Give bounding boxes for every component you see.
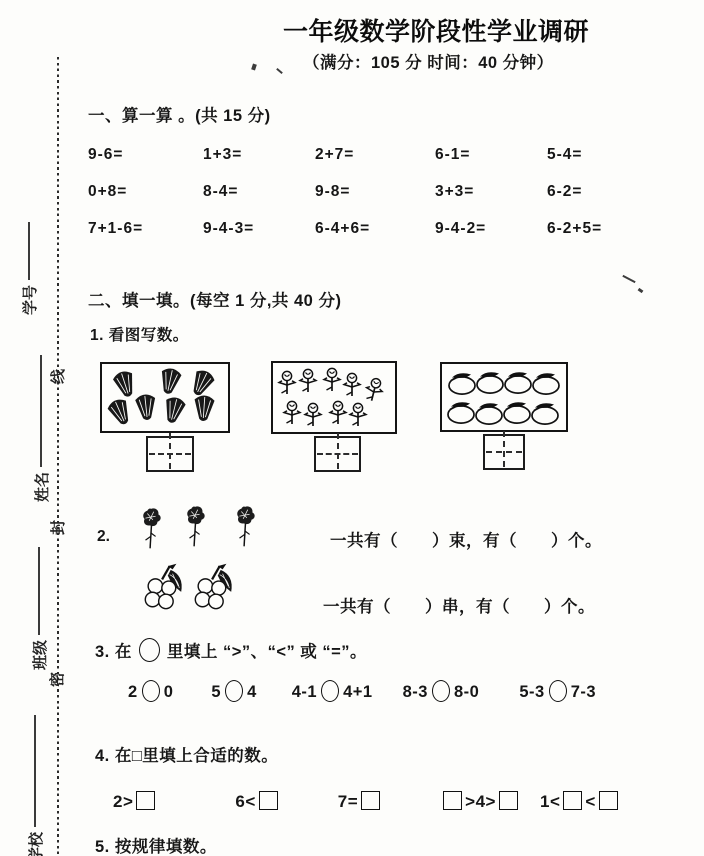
- bouquet-icon: [143, 508, 160, 548]
- blank-line: [38, 547, 40, 635]
- apple-icon: [477, 372, 503, 393]
- flower-icon: [330, 401, 346, 424]
- exam-info: （满分：105 分 时间：40 分钟）: [303, 49, 554, 73]
- fill-box-item: 7=: [338, 791, 383, 812]
- flower-icon: [350, 403, 366, 426]
- page-title: 一年级数学阶段性学业调研: [283, 12, 589, 48]
- fill-box-item: 6<: [235, 791, 280, 812]
- blank-line: [40, 355, 42, 467]
- compare-item: 54: [211, 680, 256, 702]
- flower-icon: [300, 369, 316, 392]
- shuttlecock-icon: [193, 395, 215, 422]
- calc-item: 9-4-3=: [203, 220, 315, 238]
- calc-item: 9-4-2=: [435, 220, 547, 238]
- flower-icon: [324, 368, 340, 391]
- exam-paper-scan: 学号 姓名 班级 学校 线 封 密 一年级数学阶段性学业调研 （满分：105 分…: [0, 0, 704, 856]
- shuttlecock-icon: [161, 395, 187, 425]
- apple-icon: [505, 372, 531, 393]
- flower-icon: [305, 403, 321, 426]
- field-name: 姓名: [30, 355, 52, 502]
- compare-item: 8-38-0: [403, 680, 480, 702]
- calc-item: 6-2=: [547, 183, 654, 201]
- answer-circle: [549, 680, 567, 702]
- scan-artifact: [638, 288, 644, 293]
- blank-line: [28, 222, 30, 280]
- scan-artifact: [276, 68, 283, 74]
- q4-items: 2> 6< 7= >4> 1<<: [113, 791, 621, 812]
- field-label: 姓名: [31, 472, 52, 502]
- fill-box-item: >4>: [440, 791, 521, 812]
- calc-grid: 9-6= 1+3= 2+7= 6-1= 5-4= 0+8= 8-4= 9-8= …: [88, 146, 654, 238]
- apple-icon: [533, 373, 559, 394]
- grapes-icon: [195, 564, 231, 609]
- picture-box-apples: [440, 362, 568, 432]
- field-label: 学号: [19, 285, 40, 315]
- field-label: 班级: [29, 640, 50, 670]
- picture-box-shuttlecocks: [100, 362, 230, 433]
- shuttlecock-icon: [158, 367, 183, 396]
- calc-item: 6-2+5=: [547, 220, 654, 238]
- bouquet-icon: [237, 506, 254, 546]
- q3-heading-post: 里填上 “>”、“<” 或 “=”。: [167, 643, 367, 661]
- calc-item: 3+3=: [435, 183, 547, 201]
- calc-item: 2+7=: [315, 146, 435, 164]
- q2-number: 2.: [97, 528, 110, 546]
- flower-icon: [284, 401, 300, 424]
- q2-line2: 一共有（ ）串，有（ ）个。: [323, 593, 595, 617]
- answer-grid: [146, 436, 194, 472]
- q3-heading-pre: 3. 在: [95, 643, 132, 661]
- answer-circle: [139, 638, 160, 662]
- bouquet-icon: [187, 506, 204, 546]
- scan-artifact: [251, 64, 257, 71]
- answer-grid: [314, 436, 361, 472]
- field-student-number: 学号: [18, 222, 40, 315]
- q3-heading: 3. 在里填上 “>”、“<” 或 “=”。: [95, 638, 367, 662]
- answer-square: [259, 791, 278, 810]
- answer-square: [599, 791, 618, 810]
- answer-grid: [483, 434, 525, 470]
- q4-heading: 4. 在□里填上合适的数。: [95, 742, 278, 766]
- seal-char-mi: 密: [49, 669, 67, 687]
- calc-item: 9-8=: [315, 183, 435, 201]
- answer-circle: [432, 680, 450, 702]
- field-label: 学校: [25, 832, 46, 856]
- answer-circle: [225, 680, 243, 702]
- calc-item: 7+1-6=: [88, 220, 203, 238]
- answer-square: [563, 791, 582, 810]
- grapes-group: [141, 562, 236, 618]
- shuttlecock-icon: [106, 397, 135, 428]
- seal-dotted-line: [57, 57, 59, 856]
- calc-item: 6-1=: [435, 146, 547, 164]
- q3-items: 20 54 4-14+1 8-38-0 5-37-3: [128, 680, 596, 702]
- q2-line1: 一共有（ ）束，有（ ）个。: [330, 527, 602, 551]
- seal-char-xian: 线: [50, 366, 68, 384]
- scan-artifact: [622, 275, 635, 283]
- apple-icon: [448, 402, 474, 423]
- flower-group: [273, 363, 395, 432]
- field-class: 班级: [28, 547, 50, 670]
- calc-item: 1+3=: [203, 146, 315, 164]
- blank-line: [34, 715, 36, 827]
- answer-circle: [321, 680, 339, 702]
- calc-item: 0+8=: [88, 183, 203, 201]
- seal-char-feng: 封: [50, 517, 68, 535]
- compare-item: 5-37-3: [519, 680, 596, 702]
- section2-heading: 二、填一填。(每空 1 分,共 40 分): [88, 287, 341, 311]
- flower-icon: [344, 373, 360, 396]
- answer-circle: [142, 680, 160, 702]
- answer-square: [499, 791, 518, 810]
- answer-square: [361, 791, 380, 810]
- compare-item: 20: [128, 680, 173, 702]
- calc-item: 9-6=: [88, 146, 203, 164]
- grapes-icon: [145, 564, 181, 609]
- shuttlecock-group: [102, 364, 228, 431]
- shuttlecock-icon: [187, 367, 216, 399]
- shuttlecock-icon: [112, 369, 139, 399]
- calc-item: 6-4+6=: [315, 220, 435, 238]
- picture-box-flowers: [271, 361, 397, 434]
- apple-group: [442, 364, 566, 430]
- field-school: 学校: [24, 715, 46, 856]
- q5-heading: 5. 按规律填数。: [95, 833, 217, 856]
- fill-box-item: 1<<: [540, 791, 621, 812]
- q1-label: 1. 看图写数。: [90, 323, 189, 345]
- flower-icon: [364, 377, 385, 403]
- apple-icon: [449, 373, 475, 394]
- section1-heading: 一、算一算 。(共 15 分): [88, 102, 271, 126]
- fill-box-item: 2>: [113, 791, 158, 812]
- bouquet-group: [138, 505, 258, 555]
- apple-icon: [532, 403, 558, 424]
- apple-icon: [476, 403, 502, 424]
- shuttlecock-icon: [135, 394, 158, 421]
- apple-icon: [504, 402, 530, 423]
- answer-square: [443, 791, 462, 810]
- compare-item: 4-14+1: [292, 680, 373, 702]
- calc-item: 5-4=: [547, 146, 654, 164]
- calc-item: 8-4=: [203, 183, 315, 201]
- flower-icon: [279, 371, 295, 394]
- answer-square: [136, 791, 155, 810]
